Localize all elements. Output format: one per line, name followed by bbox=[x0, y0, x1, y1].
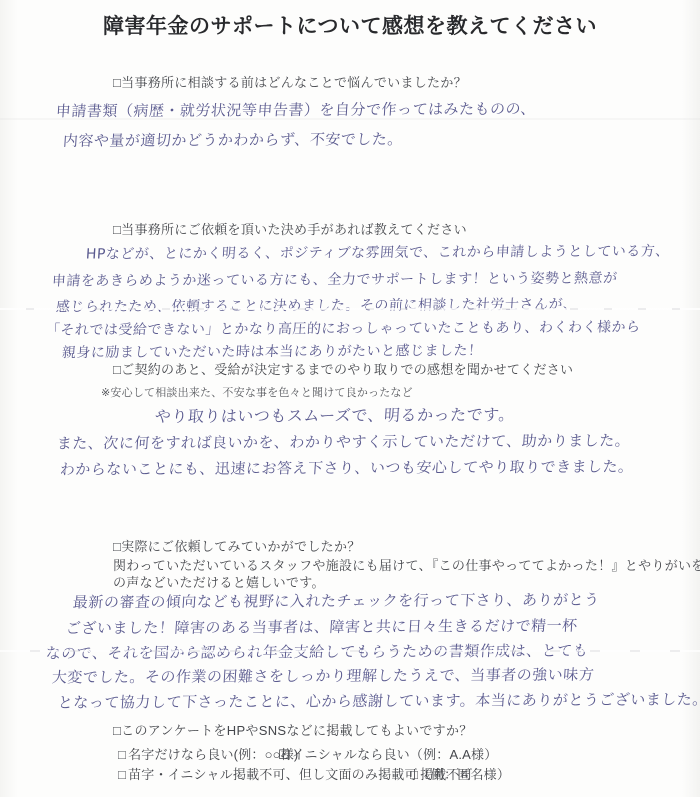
answer-2-line-2: 申請をあきらめようか迷っている方にも、全力でサポートします！という姿勢と熱意が bbox=[51, 268, 618, 291]
checkbox-unchecked-icon: □ bbox=[118, 747, 126, 762]
answer-2-line-4: 「それでは受給できない」とかなり高圧的におっしゃっていたこともあり、わくわく様か… bbox=[45, 316, 641, 339]
answer-4-line-5: となって協力して下さったことに、心から感謝しています。本当にありがとうございまし… bbox=[57, 688, 700, 712]
answer-3-line-1: やり取りはいつもスムーズで、明るかったです。 bbox=[154, 402, 515, 427]
answer-4-line-4: 大変でした。その作業の困難さをしっかり理解したうえで、当事者の強い味方 bbox=[51, 664, 595, 688]
answer-1-line-2: 内容や量が適切かどうかわからず、不安でした。 bbox=[62, 128, 403, 151]
publish-option-no-publish-label: 掲載不可 bbox=[420, 767, 473, 782]
question-4-subtext-2: の声などいただけると嬉しいです。 bbox=[113, 572, 325, 591]
form-title: 障害年金のサポートについて感想を教えてください bbox=[0, 10, 700, 40]
question-1-label: □当事務所に相談する前はどんなことで悩んでいましたか？ bbox=[113, 72, 467, 91]
question-4-label: □実際にご依頼してみていかがでしたか？ bbox=[113, 536, 361, 555]
publish-option-name-only: □名字だけなら良い(例：○○様) bbox=[118, 744, 298, 763]
answer-2-line-1: HPなどが、とにかく明るく、ポジティブな雰囲気で、これから申請しようとしている方… bbox=[85, 240, 670, 263]
scanned-survey-page: 障害年金のサポートについて感想を教えてください □当事務所に相談する前はどんなこ… bbox=[0, 0, 700, 797]
publish-option-initials: ☑イニシャルなら良い（例：A.A様） bbox=[278, 744, 497, 763]
question-2-label: □当事務所にご依頼を頂いた決め手があれば教えてください bbox=[113, 219, 467, 238]
publish-option-name-only-label: 名字だけなら良い(例：○○様) bbox=[128, 747, 298, 762]
answer-4-line-3: なので、それを国から認められ年金支給してもらうための書類作成は、とても bbox=[45, 640, 589, 664]
answer-1-line-1: 申請書類（病歴・就労状況等申告書）を自分で作ってはみたものの、 bbox=[55, 98, 536, 122]
answer-4-line-2: ございました！障害のある当事者は、障害と共に日々生きるだけで精一杯 bbox=[65, 615, 578, 639]
checkbox-unchecked-icon: □ bbox=[118, 767, 126, 782]
checkbox-unchecked-icon: □ bbox=[410, 767, 418, 782]
answer-3-line-3: わからないことにも、迅速にお答え下さり、いつも安心してやり取りできました。 bbox=[59, 455, 634, 479]
answer-2-line-3: 感じられたため、依頼することに決めました。その前に相談した社労士さんが、 bbox=[55, 294, 578, 317]
question-5-label: □このアンケートをHPやSNSなどに掲載してもよいですか？ bbox=[113, 720, 473, 739]
answer-4-line-1: 最新の審査の傾向なども視野に入れたチェックを行って下さり、ありがとう bbox=[72, 589, 600, 613]
checkbox-checked-icon: ☑ bbox=[278, 747, 290, 762]
question-3-note: ※安心して相談出来た、不安な事を色々と聞けて良かったなど bbox=[101, 384, 413, 400]
question-3-label: □ご契約のあと、受給が決定するまでのやり取りでの感想を聞かせてください bbox=[113, 359, 573, 378]
publish-option-initials-label: イニシャルなら良い（例：A.A様） bbox=[292, 747, 498, 762]
answer-3-line-2: また、次に何をすれば良いかを、わかりやすく示していただけて、助かりました。 bbox=[56, 429, 631, 453]
publish-option-no-publish: □掲載不可 bbox=[410, 764, 473, 783]
